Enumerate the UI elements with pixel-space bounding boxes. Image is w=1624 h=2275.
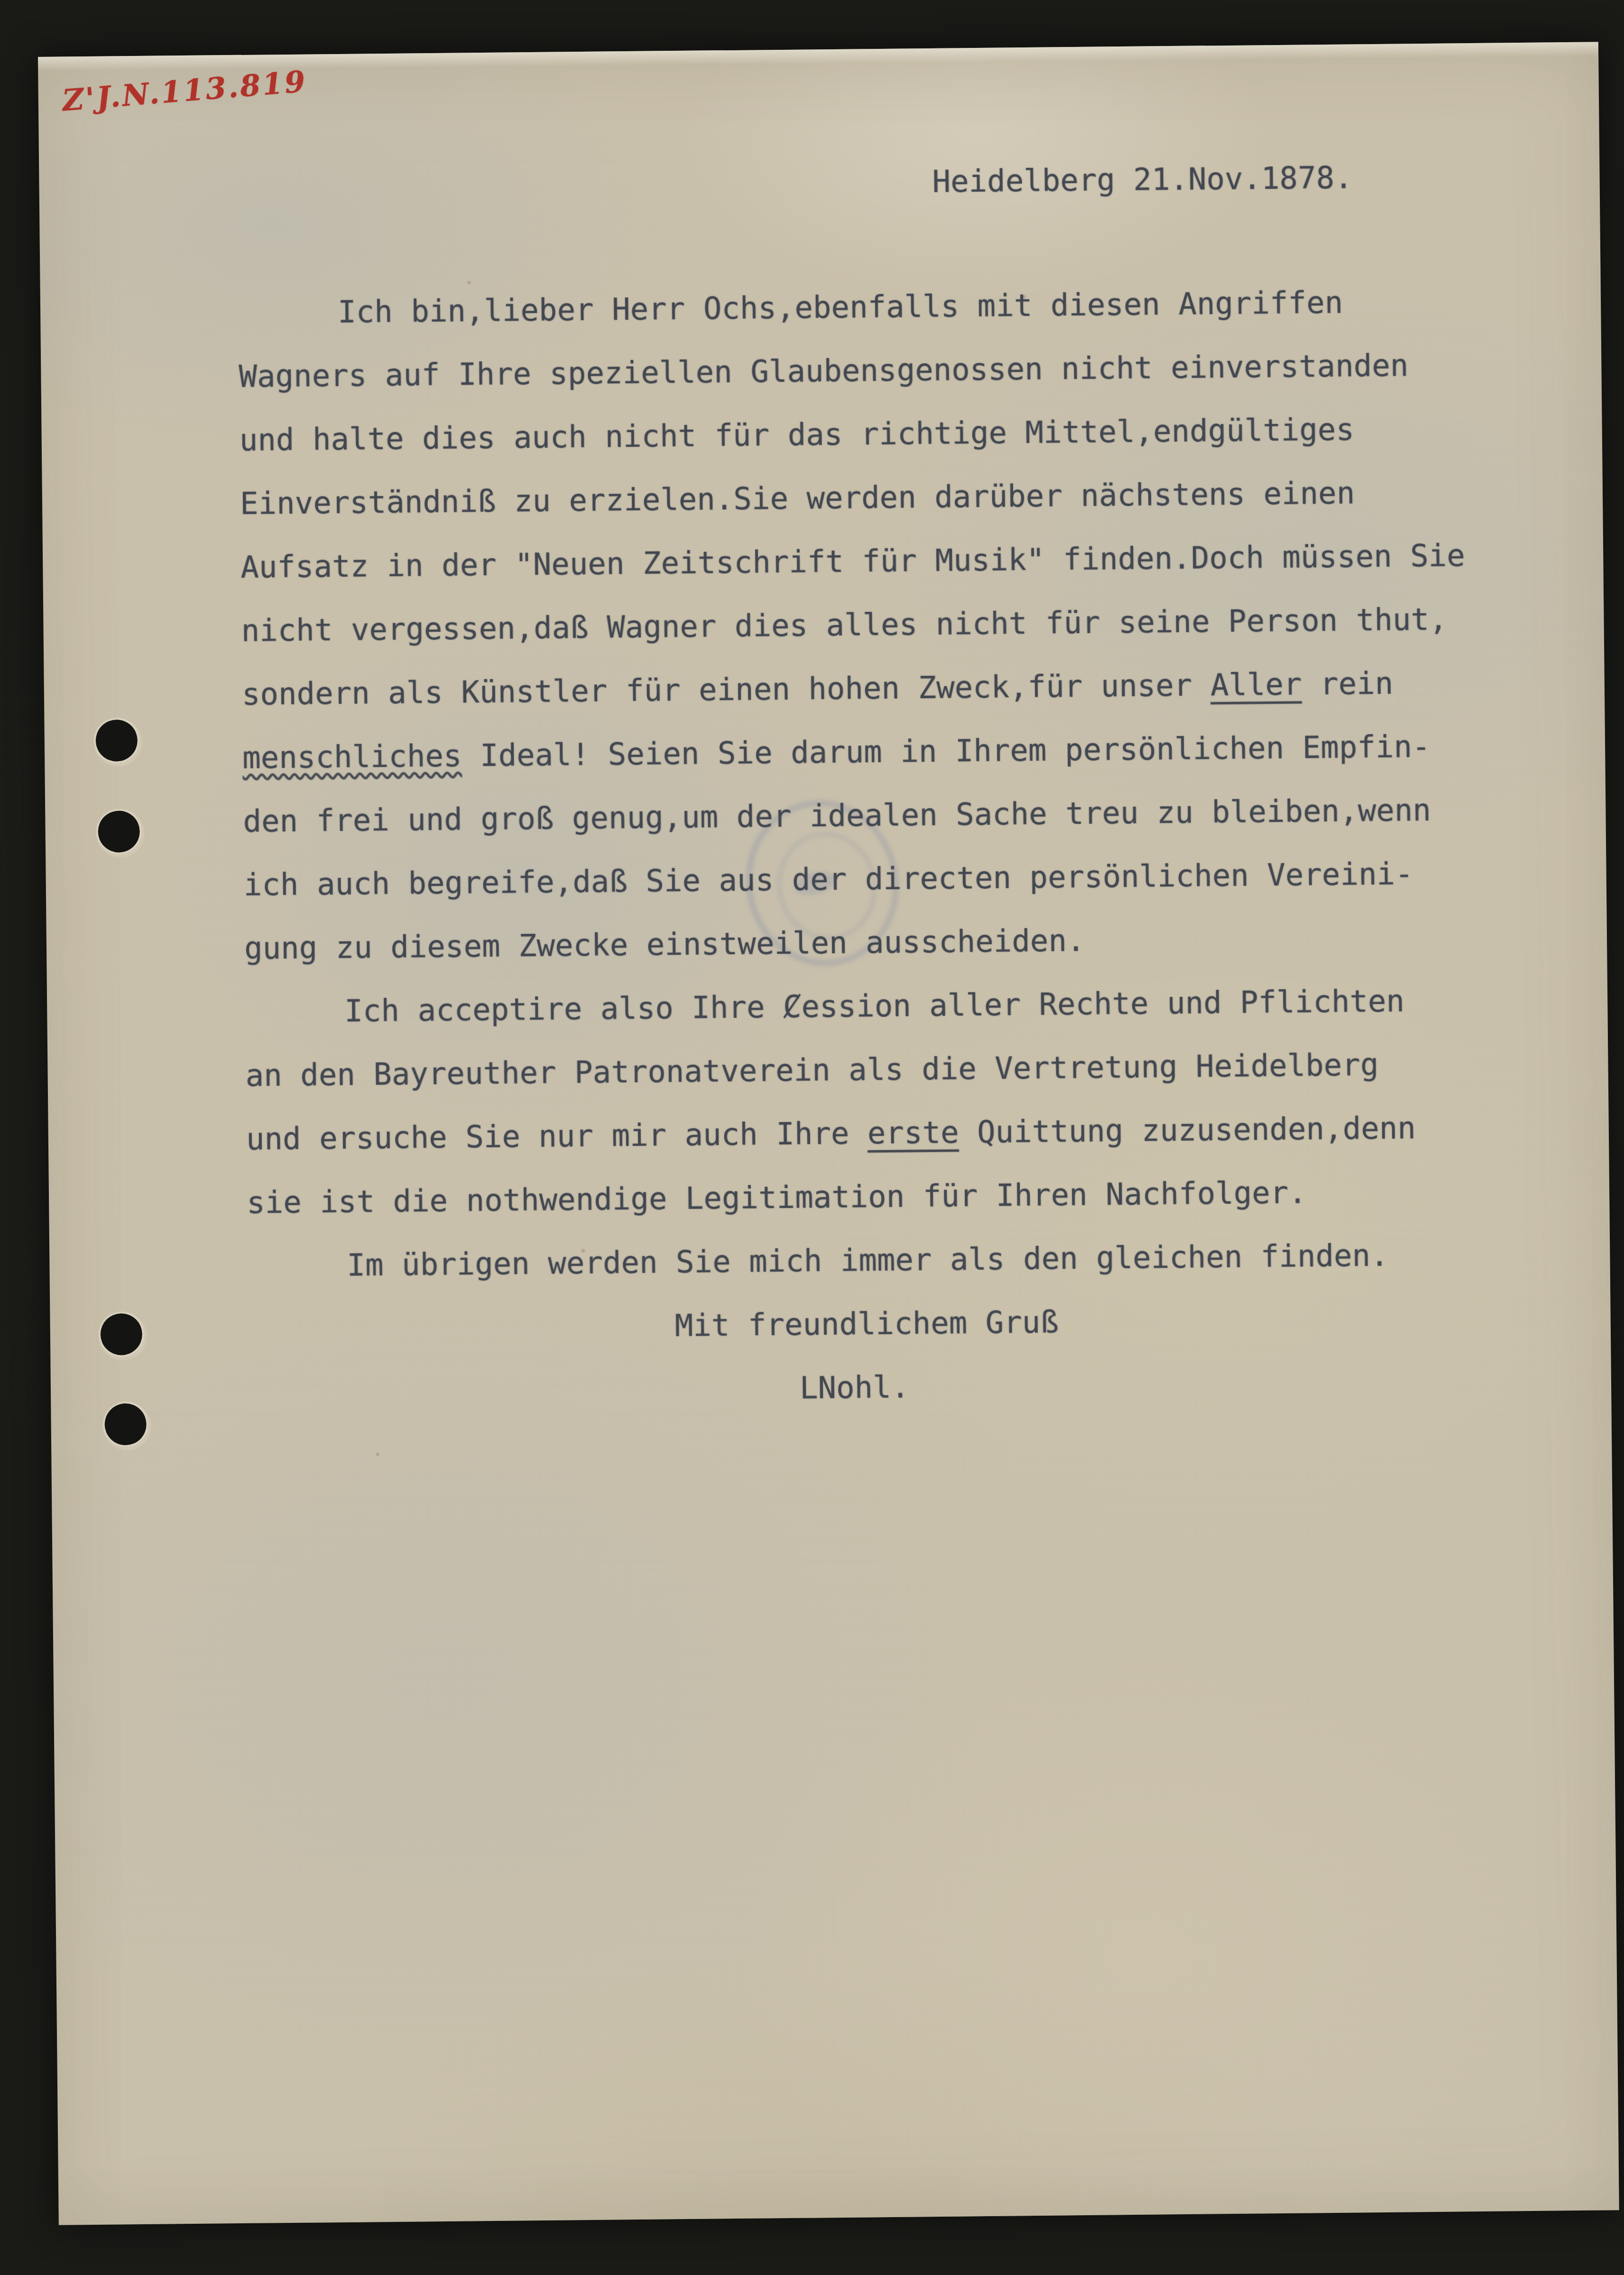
letter-text: Mit freundlichem Gruß [674,1305,1059,1344]
letter-line: und ersuche Sie nur mir auch Ihre erste … [246,1096,1471,1171]
letter-line: sondern als Künstler für einen hohen Zwe… [241,651,1467,727]
letter-line: ich auch begreife,daß Sie aus der direct… [243,842,1468,917]
letter-text: Im übrigen werden Sie mich immer als den… [347,1238,1389,1283]
letter-line: und halte dies auch nicht für das richti… [239,397,1464,472]
letter-line: Ich bin,lieber Herr Ochs,ebenfalls mit d… [338,270,1463,344]
letter-line: Einverständniß zu erzielen.Sie werden da… [240,461,1465,536]
letter-line: sie ist die nothwendige Legitimation für… [247,1160,1472,1235]
archival-mark: Z'J.N.113.819 [61,64,308,118]
letter-text: Aufsatz in der "Neuen Zeitschrift für Mu… [240,538,1465,585]
letter-text: Ideal! Seien Sie darum in Ihrem persönli… [461,729,1430,774]
underlined-word: Aller [1210,667,1302,703]
letter-line: menschliches Ideal! Seien Sie darum in I… [242,715,1467,790]
letter-line: den frei und groß genug,um der idealen S… [243,778,1468,854]
date-line: Heidelberg 21.Nov.1878. [932,146,1353,214]
letter-text: Ich bin,lieber Herr Ochs,ebenfalls mit d… [338,286,1343,330]
letter-line: Ich acceptire also Ihre Ȼession aller Re… [344,969,1470,1043]
letter-text: gung zu diesem Zwecke einstweilen aussch… [244,923,1085,967]
letter-text: Ich acceptire also Ihre Ȼession aller Re… [344,984,1404,1029]
punch-hole [95,719,138,762]
letter-line: nicht vergessen,daß Wagner dies alles ni… [241,588,1466,663]
letter-line: Mit freundlichem Gruß [674,1287,1473,1358]
letter-text: Einverständniß zu erzielen.Sie werden da… [240,476,1355,522]
letter-text: und halte dies auch nicht für das richti… [239,412,1354,458]
letter-line: gung zu diesem Zwecke einstweilen aussch… [244,905,1469,981]
underlined-word: menschliches [242,738,462,775]
letter-text: LNohl. [800,1370,910,1406]
letter-text: nicht vergessen,daß Wagner dies alles ni… [241,602,1448,649]
letter-text: rein [1301,666,1393,702]
letter-line: Im übrigen werden Sie mich immer als den… [347,1223,1472,1298]
letter-line: Wagners auf Ihre speziellen Glaubensgeno… [239,333,1464,409]
letter-page: Z'J.N.113.819 Heidelberg 21.Nov.1878. Ic… [38,42,1619,2225]
letter-line: LNohl. [799,1350,1473,1420]
letter-line: Aufsatz in der "Neuen Zeitschrift für Mu… [240,524,1466,599]
letter-text: ich auch begreife,daß Sie aus der direct… [243,857,1413,903]
letter-text: sondern als Künstler für einen hohen Zwe… [242,668,1211,712]
letter-text: den frei und groß genug,um der idealen S… [243,793,1431,839]
letter-text: und ersuche Sie nur mir auch Ihre [246,1116,868,1157]
letter-line: an den Bayreuther Patronatverein als die… [245,1032,1470,1108]
letter-text: an den Bayreuther Patronatverein als die… [245,1048,1379,1094]
punch-hole [104,1403,147,1446]
scan-background: { "archival_mark": "Z'J.N.113.819", "dat… [0,0,1624,2275]
punch-hole [98,811,140,853]
letter-text: Quittung zuzusenden,denn [959,1111,1416,1150]
underlined-word: erste [867,1115,959,1151]
punch-hole [100,1313,142,1355]
letter-text: Wagners auf Ihre speziellen Glaubensgeno… [239,348,1409,395]
letter-body: Ich bin,lieber Herr Ochs,ebenfalls mit d… [238,270,1474,1426]
letter-text: sie ist die nothwendige Legitimation für… [247,1175,1307,1220]
